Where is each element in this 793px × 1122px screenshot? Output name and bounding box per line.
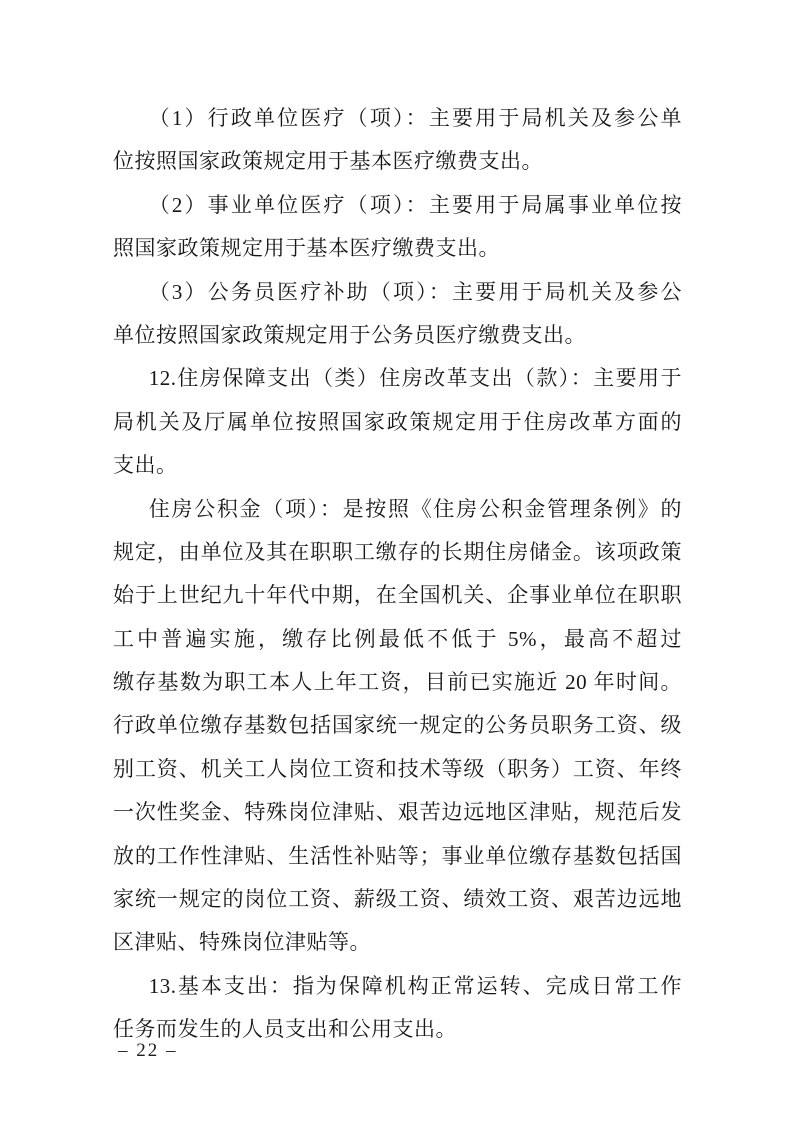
text-line: 始于上世纪九十年代中期，在全国机关、企事业单位在职职 — [113, 574, 682, 617]
paragraph-medical-admin: （1）行政单位医疗（项）：主要用于局机关及参公单 位按照国家政策规定用于基本医疗… — [113, 97, 682, 184]
document-body: （1）行政单位医疗（项）：主要用于局机关及参公单 位按照国家政策规定用于基本医疗… — [113, 97, 682, 1052]
text-line: 一次性奖金、特殊岗位津贴、艰苦边远地区津贴，规范后发 — [113, 791, 682, 834]
paragraph-housing-fund: 住房公积金（项）：是按照《住房公积金管理条例》的 规定，由单位及其在职职工缴存的… — [113, 488, 682, 965]
page-number: – 22 – — [118, 1037, 178, 1065]
paragraph-medical-institution: （2）事业单位医疗（项）：主要用于局属事业单位按 照国家政策规定用于基本医疗缴费… — [113, 184, 682, 271]
text-line: （2）事业单位医疗（项）：主要用于局属事业单位按 — [113, 184, 682, 227]
paragraph-housing-reform: 12.住房保障支出（类）住房改革支出（款）：主要用于 局机关及厅属单位按照国家政… — [113, 357, 682, 487]
text-line: 住房公积金（项）：是按照《住房公积金管理条例》的 — [113, 488, 682, 531]
text-line: 照国家政策规定用于基本医疗缴费支出。 — [113, 227, 682, 270]
text-line: （1）行政单位医疗（项）：主要用于局机关及参公单 — [113, 97, 682, 140]
text-line: 任务而发生的人员支出和公用支出。 — [113, 1008, 682, 1051]
text-line: 缴存基数为职工本人上年工资，目前已实施近 20 年时间。 — [113, 661, 682, 704]
text-line: 局机关及厅属单位按照国家政策规定用于住房改革方面的 — [113, 401, 682, 444]
text-line: 区津贴、特殊岗位津贴等。 — [113, 921, 682, 964]
text-line: 位按照国家政策规定用于基本医疗缴费支出。 — [113, 140, 682, 183]
text-line: 规定，由单位及其在职职工缴存的长期住房储金。该项政策 — [113, 531, 682, 574]
document-page: （1）行政单位医疗（项）：主要用于局机关及参公单 位按照国家政策规定用于基本医疗… — [0, 0, 793, 1122]
text-line: 13.基本支出：指为保障机构正常运转、完成日常工作 — [113, 965, 682, 1008]
text-line: 12.住房保障支出（类）住房改革支出（款）：主要用于 — [113, 357, 682, 400]
text-line: 单位按照国家政策规定用于公务员医疗缴费支出。 — [113, 314, 682, 357]
text-line: 工中普遍实施，缴存比例最低不低于 5%，最高不超过 12%， — [113, 618, 682, 661]
text-line: （3）公务员医疗补助（项）：主要用于局机关及参公 — [113, 271, 682, 314]
text-line: 别工资、机关工人岗位工资和技术等级（职务）工资、年终 — [113, 748, 682, 791]
text-line: 行政单位缴存基数包括国家统一规定的公务员职务工资、级 — [113, 704, 682, 747]
paragraph-basic-expenditure: 13.基本支出：指为保障机构正常运转、完成日常工作 任务而发生的人员支出和公用支… — [113, 965, 682, 1052]
text-line: 支出。 — [113, 444, 682, 487]
text-line: 放的工作性津贴、生活性补贴等；事业单位缴存基数包括国 — [113, 835, 682, 878]
paragraph-medical-subsidy: （3）公务员医疗补助（项）：主要用于局机关及参公 单位按照国家政策规定用于公务员… — [113, 271, 682, 358]
text-line: 家统一规定的岗位工资、薪级工资、绩效工资、艰苦边远地 — [113, 878, 682, 921]
